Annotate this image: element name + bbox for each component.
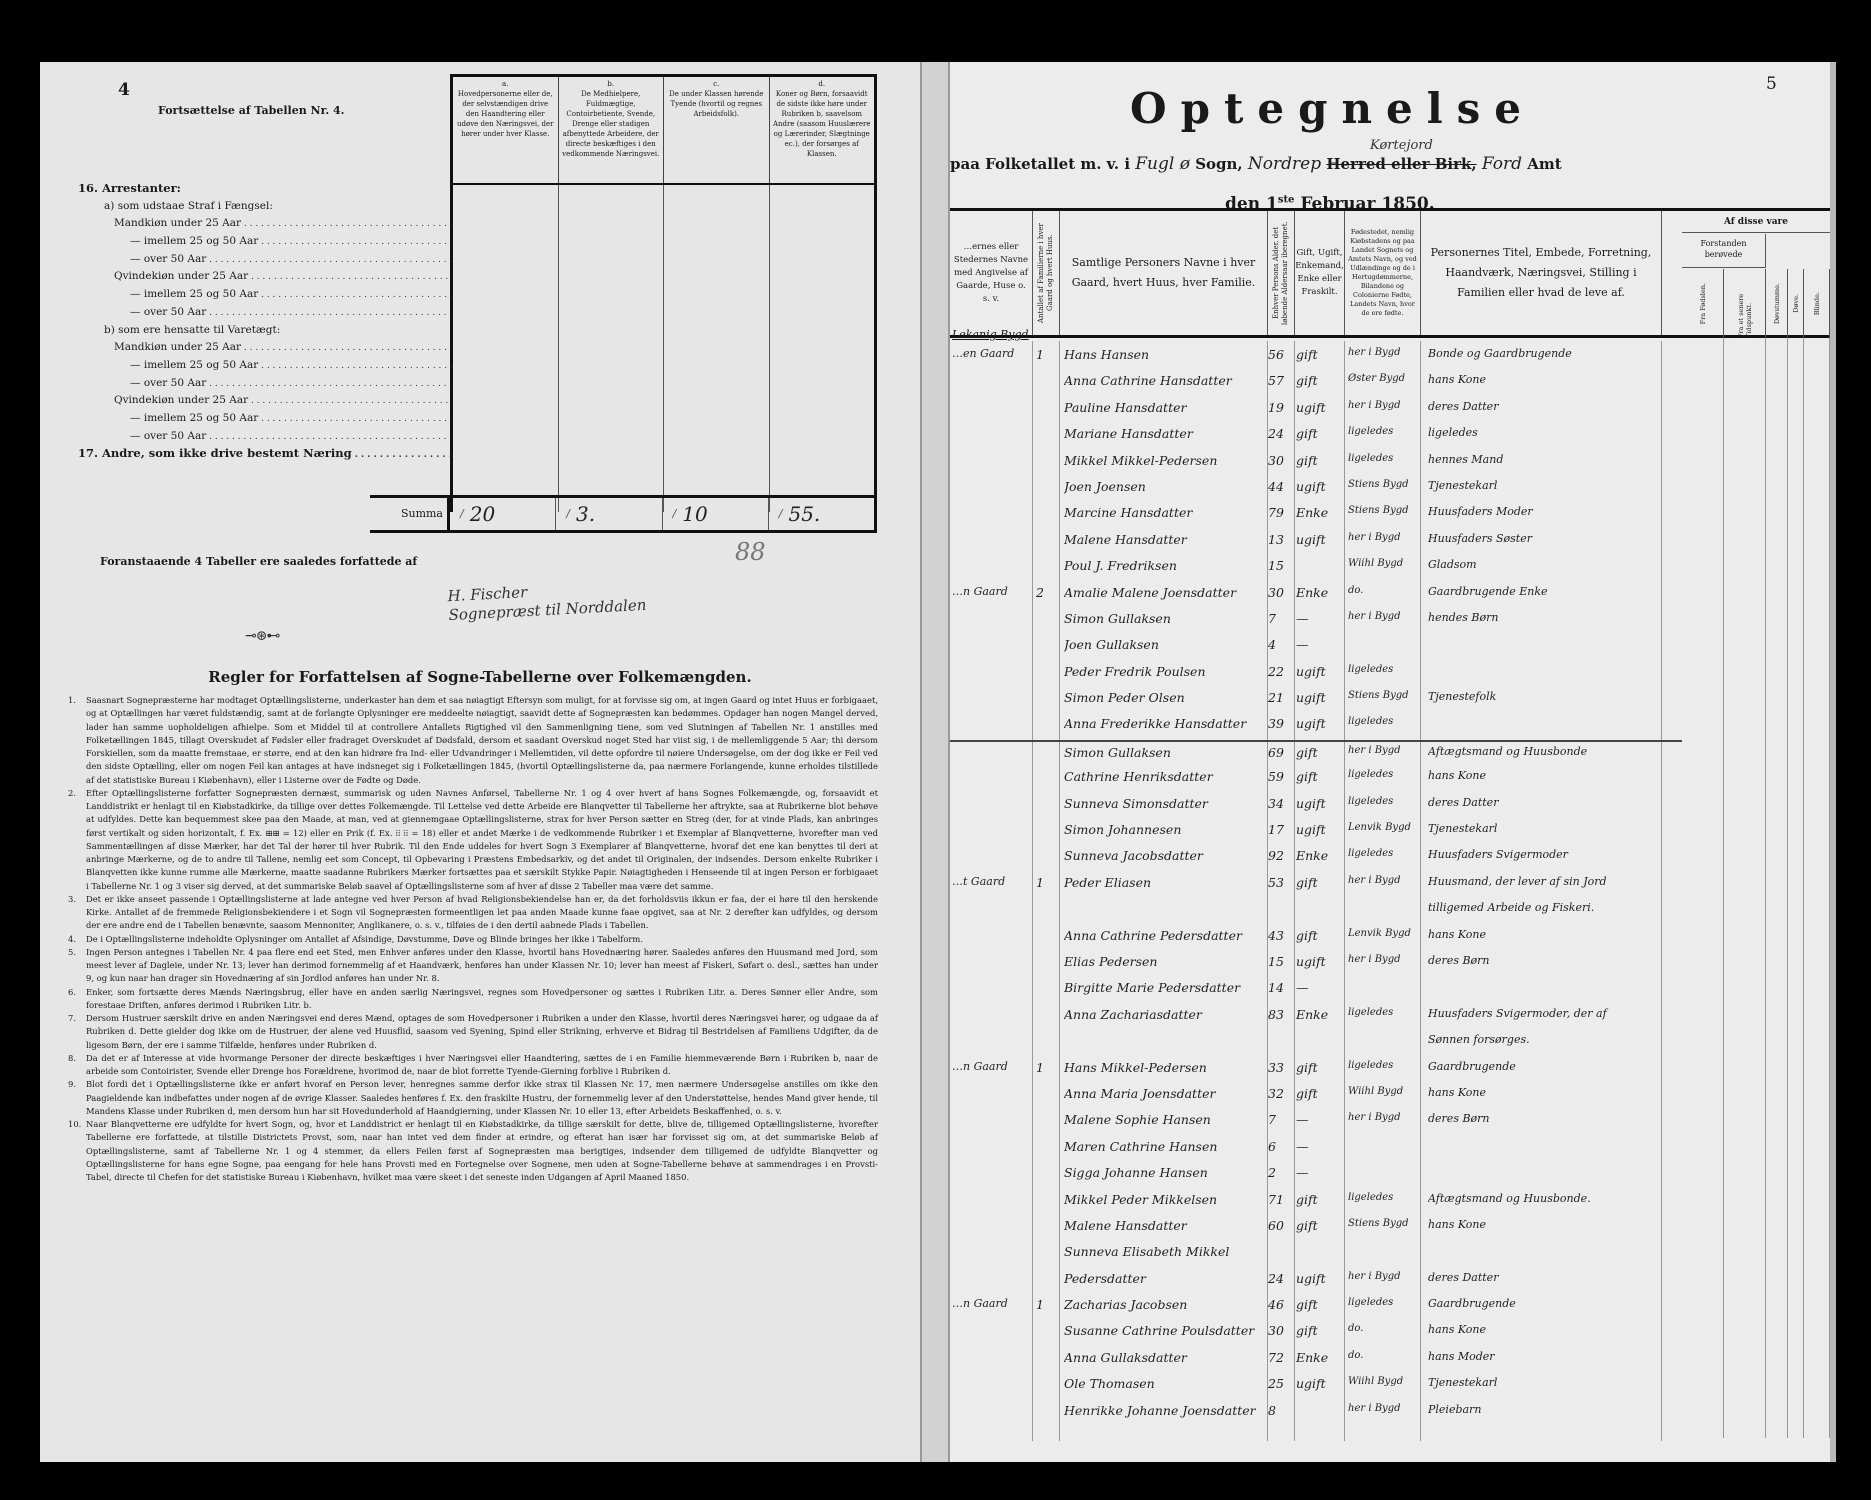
category-row: — over 50 Aar — [78, 251, 453, 269]
cell-occ: Gaardbrugende — [1428, 1297, 1678, 1310]
category-row: — over 50 Aar — [78, 304, 453, 322]
cell-farm: …n Gaard — [952, 1297, 1032, 1310]
census-row: Elias Pedersen15ugifther i Bygdderes Bør… — [950, 951, 1682, 977]
cell-civ: gift — [1296, 1086, 1346, 1101]
cell-birth: ligeledes — [1348, 796, 1424, 807]
cell-age: 92 — [1268, 848, 1296, 863]
cell-age: 22 — [1268, 664, 1296, 679]
cell-birth: Lenvik Bygd — [1348, 928, 1424, 939]
cell-civ: gift — [1296, 1218, 1346, 1233]
cell-name: Anna Cathrine Pedersdatter — [1064, 928, 1269, 943]
district-label: Lekanig Bygd — [952, 328, 1029, 341]
category-row: Qvindekiøn under 25 Aar — [78, 392, 453, 410]
cell-birth: Wiihl Bygd — [1348, 558, 1424, 569]
cell-occ: deres Datter — [1428, 400, 1678, 413]
cell-birth: her i Bygd — [1348, 1112, 1424, 1123]
table-4-col-c: c.De under Klassen hørende Tyende (hvort… — [664, 77, 770, 183]
cell-occ: Gaardbrugende — [1428, 1060, 1678, 1073]
census-row: Joen Joensen44ugiftStiens BygdTjenesteka… — [950, 476, 1682, 502]
cell-birth: her i Bygd — [1348, 875, 1424, 886]
cell-occ: hans Kone — [1428, 769, 1678, 782]
cell-civ: — — [1296, 980, 1346, 995]
col-from-birth: Fra Fødslen. — [1682, 269, 1724, 338]
census-row: Henrikke Johanne Joensdatter8her i BygdP… — [950, 1400, 1682, 1426]
census-row: Joen Gullaksen4— — [950, 634, 1682, 660]
cell-occ: Pleiebarn — [1428, 1403, 1678, 1416]
col-family-count: Antallet af Familierne i hver Gaard og h… — [1033, 211, 1060, 335]
category-row: — over 50 Aar — [78, 375, 453, 393]
category-list: 16. Arrestanter:a) som udstaae Straf i F… — [78, 180, 453, 463]
cell-birth: Wiihl Bygd — [1348, 1376, 1424, 1387]
cell-occ: Huusfaders Søster — [1428, 532, 1678, 545]
cell-age: 6 — [1268, 1139, 1296, 1154]
cell-name: Hans Hansen — [1064, 347, 1269, 362]
cell-name: Pedersdatter — [1064, 1271, 1269, 1286]
cell-age: 8 — [1268, 1403, 1296, 1418]
cell-civ: Enke — [1296, 1007, 1346, 1022]
census-row: Marcine Hansdatter79EnkeStiens BygdHuusf… — [950, 502, 1682, 528]
census-row: Poul J. Fredriksen15Wiihl BygdGladsom — [950, 555, 1682, 581]
cell-age: 30 — [1268, 1323, 1296, 1338]
cell-age: 33 — [1268, 1060, 1296, 1075]
cell-name: Pauline Hansdatter — [1064, 400, 1269, 415]
cell-name: Amalie Malene Joensdatter — [1064, 585, 1269, 600]
census-row: Ole Thomasen25ugiftWiihl BygdTjenestekar… — [950, 1373, 1682, 1399]
cell-name: Marcine Hansdatter — [1064, 505, 1269, 520]
cell-name: Zacharias Jacobsen — [1064, 1297, 1269, 1312]
cell-occ: deres Børn — [1428, 954, 1678, 967]
cell-civ: ugift — [1296, 716, 1346, 731]
table-4-header: a.Hovedpersonerne eller de, der selvstæn… — [453, 77, 874, 185]
col-civil-status: Gift, Ugift, Enkemand, Enke eller Fraski… — [1295, 211, 1345, 335]
cell-name: Cathrine Henriksdatter — [1064, 769, 1269, 784]
cell-civ: gift — [1296, 373, 1346, 388]
cell-occ: Tjenestefolk — [1428, 690, 1678, 703]
cell-civ: ugift — [1296, 664, 1346, 679]
category-row: Qvindekiøn under 25 Aar — [78, 268, 453, 286]
cell-age: 7 — [1268, 1112, 1296, 1127]
category-row: Mandkiøn under 25 Aar — [78, 339, 453, 357]
cell-civ: gift — [1296, 426, 1346, 441]
cell-birth: her i Bygd — [1348, 1271, 1424, 1282]
census-rows: …en Gaard1Hans Hansen56gifther i BygdBon… — [950, 344, 1682, 1426]
cell-birth: Stiens Bygd — [1348, 1218, 1424, 1229]
cell-name: Mikkel Peder Mikkelsen — [1064, 1192, 1269, 1207]
rule-item: 3.Det er ikke anseet passende i Optællin… — [68, 893, 878, 933]
cell-occ: hennes Mand — [1428, 453, 1678, 466]
cell-civ: gift — [1296, 875, 1346, 890]
cell-birth: her i Bygd — [1348, 745, 1424, 756]
cell-birth: ligeledes — [1348, 1297, 1424, 1308]
cell-birth: ligeledes — [1348, 848, 1424, 859]
cell-name: Joen Joensen — [1064, 479, 1269, 494]
page-title: Optegnelse — [1130, 84, 1535, 133]
cell-fam: 1 — [1036, 1297, 1058, 1312]
cell-age: 72 — [1268, 1350, 1296, 1365]
census-row: Simon Gullaksen7—her i Bygdhendes Børn — [950, 608, 1682, 634]
cell-civ: ugift — [1296, 1271, 1346, 1286]
table-4-body — [453, 185, 874, 512]
census-row: Susanne Cathrine Poulsdatter30giftdo.han… — [950, 1320, 1682, 1346]
cell-occ: hans Kone — [1428, 1218, 1678, 1231]
cell-occ: hans Kone — [1428, 928, 1678, 941]
cell-age: 25 — [1268, 1376, 1296, 1391]
cell-name: Anna Frederikke Hansdatter — [1064, 716, 1269, 731]
cell-civ: gift — [1296, 769, 1346, 784]
census-row: Pedersdatter24ugifther i Bygdderes Datte… — [950, 1268, 1682, 1294]
cell-birth: Stiens Bygd — [1348, 690, 1424, 701]
cell-birth: ligeledes — [1348, 426, 1424, 437]
cell-occ: Gladsom — [1428, 558, 1678, 571]
table-4-col-a: a.Hovedpersonerne eller de, der selvstæn… — [453, 77, 559, 183]
col-deaf: Døve. — [1788, 269, 1804, 338]
cell-name: Malene Sophie Hansen — [1064, 1112, 1269, 1127]
cell-birth: her i Bygd — [1348, 400, 1424, 411]
cell-age: 60 — [1268, 1218, 1296, 1233]
cell-civ: gift — [1296, 745, 1346, 760]
table-4-col-d: d.Koner og Børn, forsaavidt de sidste ik… — [770, 77, 875, 183]
cell-civ: ugift — [1296, 954, 1346, 969]
cell-name: Peder Eliasen — [1064, 875, 1269, 890]
category-row: b) som ere hensatte til Varetægt: — [78, 322, 453, 340]
cell-name: Sunneva Elisabeth Mikkel — [1064, 1244, 1269, 1259]
cell-civ: ugift — [1296, 400, 1346, 415]
cell-birth: her i Bygd — [1348, 1403, 1424, 1414]
cell-name: Simon Peder Olsen — [1064, 690, 1269, 705]
cell-name: Simon Gullaksen — [1064, 745, 1269, 760]
cell-fam: 1 — [1036, 875, 1058, 890]
rule-item: 10.Naar Blanqvetterne ere udfyldte for h… — [68, 1118, 878, 1184]
cell-occ: hans Kone — [1428, 373, 1678, 386]
census-row: Sønnen forsørges. — [950, 1030, 1682, 1056]
col-person-names: Samtlige Personers Navne i hver Gaard, h… — [1060, 211, 1268, 335]
cell-age: 21 — [1268, 690, 1296, 705]
handwritten-herred-correction: Kørtejord — [1370, 138, 1433, 153]
census-row: Peder Fredrik Poulsen22ugiftligeledes — [950, 661, 1682, 687]
cell-birth: ligeledes — [1348, 1007, 1424, 1018]
category-row: — imellem 25 og 50 Aar — [78, 410, 453, 428]
census-row: Malene Hansdatter13ugifther i BygdHuusfa… — [950, 529, 1682, 555]
census-row: Malene Sophie Hansen7—her i Bygdderes Bø… — [950, 1109, 1682, 1135]
rule-item: 5.Ingen Person antegnes i Tabellen Nr. 4… — [68, 946, 878, 986]
disability-columns: Af disse vare Forstanden berøvede Fra Fø… — [1682, 208, 1830, 1438]
cell-birth: ligeledes — [1348, 1060, 1424, 1071]
cell-occ: Aftægtsmand og Huusbonde. — [1428, 1192, 1678, 1205]
cell-name: Anna Zachariasdatter — [1064, 1007, 1269, 1022]
cell-occ: ligeledes — [1428, 426, 1678, 439]
pencil-annotation: 88 — [735, 538, 766, 566]
category-row: — imellem 25 og 50 Aar — [78, 233, 453, 251]
census-row: Simon Gullaksen69gifther i BygdAftægtsma… — [950, 740, 1682, 766]
cell-age: 24 — [1268, 1271, 1296, 1286]
census-row: Pauline Hansdatter19ugifther i Bygdderes… — [950, 397, 1682, 423]
cell-age: 17 — [1268, 822, 1296, 837]
census-row: Simon Peder Olsen21ugiftStiens BygdTjene… — [950, 687, 1682, 713]
cell-age: 30 — [1268, 453, 1296, 468]
category-row: Mandkiøn under 25 Aar — [78, 215, 453, 233]
cell-birth: ligeledes — [1348, 769, 1424, 780]
cell-civ: Enke — [1296, 505, 1346, 520]
cell-age: 19 — [1268, 400, 1296, 415]
summa-row: Summa /20 /3. /10 /55. — [370, 495, 877, 533]
cell-name: Sunneva Simonsdatter — [1064, 796, 1269, 811]
cell-name: Ole Thomasen — [1064, 1376, 1269, 1391]
cell-name: Poul J. Fredriksen — [1064, 558, 1269, 573]
census-row: …en Gaard1Hans Hansen56gifther i BygdBon… — [950, 344, 1682, 370]
cell-age: 44 — [1268, 479, 1296, 494]
cell-occ: hendes Børn — [1428, 611, 1678, 624]
cell-birth: do. — [1348, 1350, 1424, 1361]
rule-item: 1.Saasnart Sognepræsterne har modtaget O… — [68, 694, 878, 787]
cell-occ: Huusfaders Moder — [1428, 505, 1678, 518]
cell-farm: …n Gaard — [952, 585, 1032, 598]
cell-birth: her i Bygd — [1348, 954, 1424, 965]
cell-civ: gift — [1296, 928, 1346, 943]
census-row: Anna Zachariasdatter83EnkeligeledesHuusf… — [950, 1004, 1682, 1030]
table-4-continuation: a.Hovedpersonerne eller de, der selvstæn… — [450, 74, 877, 512]
cell-name: Elias Pedersen — [1064, 954, 1269, 969]
cell-civ: Enke — [1296, 585, 1346, 600]
cell-birth: ligeledes — [1348, 716, 1424, 727]
census-row: Anna Cathrine Hansdatter57giftØster Bygd… — [950, 370, 1682, 396]
cell-name: Simon Gullaksen — [1064, 611, 1269, 626]
census-row: Simon Johannesen17ugiftLenvik BygdTjenes… — [950, 819, 1682, 845]
census-row: Sunneva Simonsdatter34ugiftligeledesdere… — [950, 793, 1682, 819]
cell-occ: Huusfaders Svigermoder — [1428, 848, 1678, 861]
summa-b: /3. — [556, 498, 662, 530]
cell-birth: do. — [1348, 1323, 1424, 1334]
cell-civ: ugift — [1296, 532, 1346, 547]
census-location-line: paa Folketallet m. v. i Fugl ø Sogn, Nor… — [950, 154, 1830, 174]
census-row: tilligemed Arbeide og Fiskeri. — [950, 898, 1682, 924]
census-row: Malene Hansdatter60giftStiens Bygdhans K… — [950, 1215, 1682, 1241]
cell-age: 24 — [1268, 426, 1296, 441]
summa-a: /20 — [450, 498, 556, 530]
cell-name: Sunneva Jacobsdatter — [1064, 848, 1269, 863]
rule-item: 4.De i Optællingslisterne indeholdte Opl… — [68, 933, 878, 946]
cell-name: Anna Gullaksdatter — [1064, 1350, 1269, 1365]
cell-occ: Gaardbrugende Enke — [1428, 585, 1678, 598]
cell-age: 43 — [1268, 928, 1296, 943]
cell-farm: …n Gaard — [952, 1060, 1032, 1073]
cell-birth: ligeledes — [1348, 453, 1424, 464]
cell-birth: Stiens Bygd — [1348, 479, 1424, 490]
cell-civ: ugift — [1296, 822, 1346, 837]
cell-farm: …t Gaard — [952, 875, 1032, 888]
left-page: 4 Fortsættelse af Tabellen Nr. 4. a.Hove… — [40, 62, 920, 1462]
cell-civ: gift — [1296, 347, 1346, 362]
page-number-left: 4 — [118, 80, 130, 100]
rules-title: Regler for Forfattelsen af Sogne-Tabelle… — [80, 668, 880, 686]
cell-age: 7 — [1268, 611, 1296, 626]
cell-civ: gift — [1296, 1297, 1346, 1312]
cell-birth: her i Bygd — [1348, 532, 1424, 543]
census-row: Mariane Hansdatter24giftligeledesligeled… — [950, 423, 1682, 449]
cell-civ: gift — [1296, 1060, 1346, 1075]
cell-name: Mariane Hansdatter — [1064, 426, 1269, 441]
cell-name: Malene Hansdatter — [1064, 532, 1269, 547]
cell-birth: her i Bygd — [1348, 347, 1424, 358]
cell-civ: Enke — [1296, 1350, 1346, 1365]
col-blind: Blinde. — [1804, 269, 1830, 338]
flags-subgroup: Forstanden berøvede — [1682, 234, 1766, 268]
cell-name: Anna Cathrine Hansdatter — [1064, 373, 1269, 388]
summa-c: /10 — [663, 498, 769, 530]
cell-age: 69 — [1268, 745, 1296, 760]
table-4-col-b: b.De Medhielpere, Fuldmægtige, Contoirbe… — [559, 77, 665, 183]
cell-name: Maren Cathrine Hansen — [1064, 1139, 1269, 1154]
rule-item: 8.Da det er af Interesse at vide hvorman… — [68, 1052, 878, 1079]
census-table-header: …ernes eller Stedernes Navne med Angivel… — [950, 208, 1682, 338]
cell-age: 34 — [1268, 796, 1296, 811]
signature: H. Fischer Sognepræst til Norddalen — [447, 577, 647, 625]
cell-name: Malene Hansdatter — [1064, 1218, 1269, 1233]
cell-age: 53 — [1268, 875, 1296, 890]
cell-fam: 1 — [1036, 347, 1058, 362]
cell-civ: ugift — [1296, 690, 1346, 705]
cell-age: 56 — [1268, 347, 1296, 362]
cell-occ: hans Moder — [1428, 1350, 1678, 1363]
cell-age: 39 — [1268, 716, 1296, 731]
cell-civ: gift — [1296, 1192, 1346, 1207]
rule-item: 6.Enker, som fortsætte deres Mænds Nærin… — [68, 986, 878, 1013]
col-age: Enhver Persons Alder, det løbende Alders… — [1268, 211, 1295, 335]
cell-name: Simon Johannesen — [1064, 822, 1269, 837]
cell-occ: deres Datter — [1428, 1271, 1678, 1284]
census-row: Sunneva Elisabeth Mikkel — [950, 1241, 1682, 1267]
census-row: Birgitte Marie Pedersdatter14— — [950, 977, 1682, 1003]
col-deafmute: Døvstumme. — [1766, 269, 1788, 338]
cell-birth: Wiihl Bygd — [1348, 1086, 1424, 1097]
census-row: Mikkel Mikkel-Pedersen30giftligeledeshen… — [950, 450, 1682, 476]
cell-civ: Enke — [1296, 848, 1346, 863]
cell-occ: Huusmand, der lever af sin Jord — [1428, 875, 1678, 888]
flags-title: Af disse vare — [1682, 211, 1830, 233]
census-row: Anna Maria Joensdatter32giftWiihl Bygdha… — [950, 1083, 1682, 1109]
cell-civ: ugift — [1296, 479, 1346, 494]
cell-occ: Aftægtsmand og Huusbonde — [1428, 745, 1678, 758]
ornament-divider: ⊸⊛⊷ — [245, 628, 279, 644]
cell-fam: 2 — [1036, 585, 1058, 600]
col-birthplace: Fødestedet, nemlig Kiøbstadens og paa La… — [1345, 211, 1421, 335]
cell-age: 79 — [1268, 505, 1296, 520]
census-row: Sigga Johanne Hansen2— — [950, 1162, 1682, 1188]
cell-birth: Øster Bygd — [1348, 373, 1424, 384]
cell-occ: tilligemed Arbeide og Fiskeri. — [1428, 901, 1678, 914]
cell-name: Peder Fredrik Poulsen — [1064, 664, 1269, 679]
cell-civ: gift — [1296, 1323, 1346, 1338]
cell-name: Henrikke Johanne Joensdatter — [1064, 1403, 1269, 1418]
cell-age: 57 — [1268, 373, 1296, 388]
census-row: Anna Gullaksdatter72Enkedo.hans Moder — [950, 1347, 1682, 1373]
page-number-right: 5 — [1766, 74, 1777, 94]
cell-age: 13 — [1268, 532, 1296, 547]
cell-age: 14 — [1268, 980, 1296, 995]
right-page: 5 Optegnelse Kørtejord paa Folketallet m… — [950, 62, 1830, 1462]
cell-age: 83 — [1268, 1007, 1296, 1022]
summa-d: /55. — [769, 498, 877, 530]
cell-birth: ligeledes — [1348, 664, 1424, 675]
rule-item: 2.Efter Optællingslisterne forfatter Sog… — [68, 787, 878, 893]
cell-occ: Huusfaders Svigermoder, der af — [1428, 1007, 1678, 1020]
col-occupation: Personernes Titel, Embede, Forretning, H… — [1421, 211, 1662, 335]
census-row: …n Gaard1Hans Mikkel-Pedersen33giftligel… — [950, 1057, 1682, 1083]
cell-occ: deres Datter — [1428, 796, 1678, 809]
cell-name: Sigga Johanne Hansen — [1064, 1165, 1269, 1180]
cell-occ: Tjenestekarl — [1428, 479, 1678, 492]
cell-birth: Stiens Bygd — [1348, 505, 1424, 516]
table-subtitle: Fortsættelse af Tabellen Nr. 4. — [158, 104, 345, 117]
category-row: — imellem 25 og 50 Aar — [78, 357, 453, 375]
census-row: Sunneva Jacobsdatter92EnkeligeledesHuusf… — [950, 845, 1682, 871]
col-later: Fra et senere Tidspunkt. — [1724, 269, 1766, 338]
cell-age: 46 — [1268, 1297, 1296, 1312]
cell-birth: ligeledes — [1348, 1192, 1424, 1203]
rule-item: 9.Blot fordi det i Optællingslisterne ik… — [68, 1078, 878, 1118]
census-row: Cathrine Henriksdatter59giftligeledeshan… — [950, 766, 1682, 792]
category-row: — imellem 25 og 50 Aar — [78, 286, 453, 304]
category-row: 16. Arrestanter: — [78, 180, 453, 198]
cell-name: Hans Mikkel-Pedersen — [1064, 1060, 1269, 1075]
category-row: 17. Andre, som ikke drive bestemt Næring — [78, 445, 453, 463]
cell-name: Joen Gullaksen — [1064, 637, 1269, 652]
cell-civ: — — [1296, 611, 1346, 626]
cell-birth: do. — [1348, 585, 1424, 596]
cell-civ: — — [1296, 1165, 1346, 1180]
cell-name: Mikkel Mikkel-Pedersen — [1064, 453, 1269, 468]
cell-name: Birgitte Marie Pedersdatter — [1064, 980, 1269, 995]
cell-occ: hans Kone — [1428, 1086, 1678, 1099]
census-row: Anna Frederikke Hansdatter39ugiftligeled… — [950, 713, 1682, 739]
col-farm-name: …ernes eller Stedernes Navne med Angivel… — [950, 211, 1033, 335]
cell-age: 2 — [1268, 1165, 1296, 1180]
cell-civ: gift — [1296, 453, 1346, 468]
cell-occ: Bonde og Gaardbrugende — [1428, 347, 1678, 360]
cell-age: 32 — [1268, 1086, 1296, 1101]
category-row: — over 50 Aar — [78, 428, 453, 446]
cell-farm: …en Gaard — [952, 347, 1032, 360]
cell-occ: Sønnen forsørges. — [1428, 1033, 1678, 1046]
rule-item: 7.Dersom Hustruer særskilt drive en ande… — [68, 1012, 878, 1052]
cell-age: 15 — [1268, 558, 1296, 573]
prepared-by-text: Foranstaaende 4 Tabeller ere saaledes fo… — [100, 555, 417, 568]
census-row: …t Gaard1Peder Eliasen53gifther i BygdHu… — [950, 872, 1682, 898]
rules-list: 1.Saasnart Sognepræsterne har modtaget O… — [68, 694, 878, 1184]
page-edge — [1830, 62, 1836, 1462]
census-row: Anna Cathrine Pedersdatter43giftLenvik B… — [950, 925, 1682, 951]
cell-age: 4 — [1268, 637, 1296, 652]
cell-occ: hans Kone — [1428, 1323, 1678, 1336]
census-row: Maren Cathrine Hansen6— — [950, 1136, 1682, 1162]
book-spine — [920, 62, 950, 1462]
census-row: …n Gaard2Amalie Malene Joensdatter30Enke… — [950, 582, 1682, 608]
cell-age: 30 — [1268, 585, 1296, 600]
cell-civ: — — [1296, 1112, 1346, 1127]
census-row: Mikkel Peder Mikkelsen71giftligeledesAft… — [950, 1189, 1682, 1215]
cell-birth: Lenvik Bygd — [1348, 822, 1424, 833]
cell-age: 15 — [1268, 954, 1296, 969]
cell-civ: — — [1296, 1139, 1346, 1154]
census-row: …n Gaard1Zacharias Jacobsen46giftligeled… — [950, 1294, 1682, 1320]
summa-label: Summa — [370, 498, 450, 530]
cell-civ: — — [1296, 637, 1346, 652]
cell-fam: 1 — [1036, 1060, 1058, 1075]
cell-occ: deres Børn — [1428, 1112, 1678, 1125]
cell-age: 59 — [1268, 769, 1296, 784]
cell-civ: ugift — [1296, 1376, 1346, 1391]
cell-age: 71 — [1268, 1192, 1296, 1207]
cell-birth: her i Bygd — [1348, 611, 1424, 622]
